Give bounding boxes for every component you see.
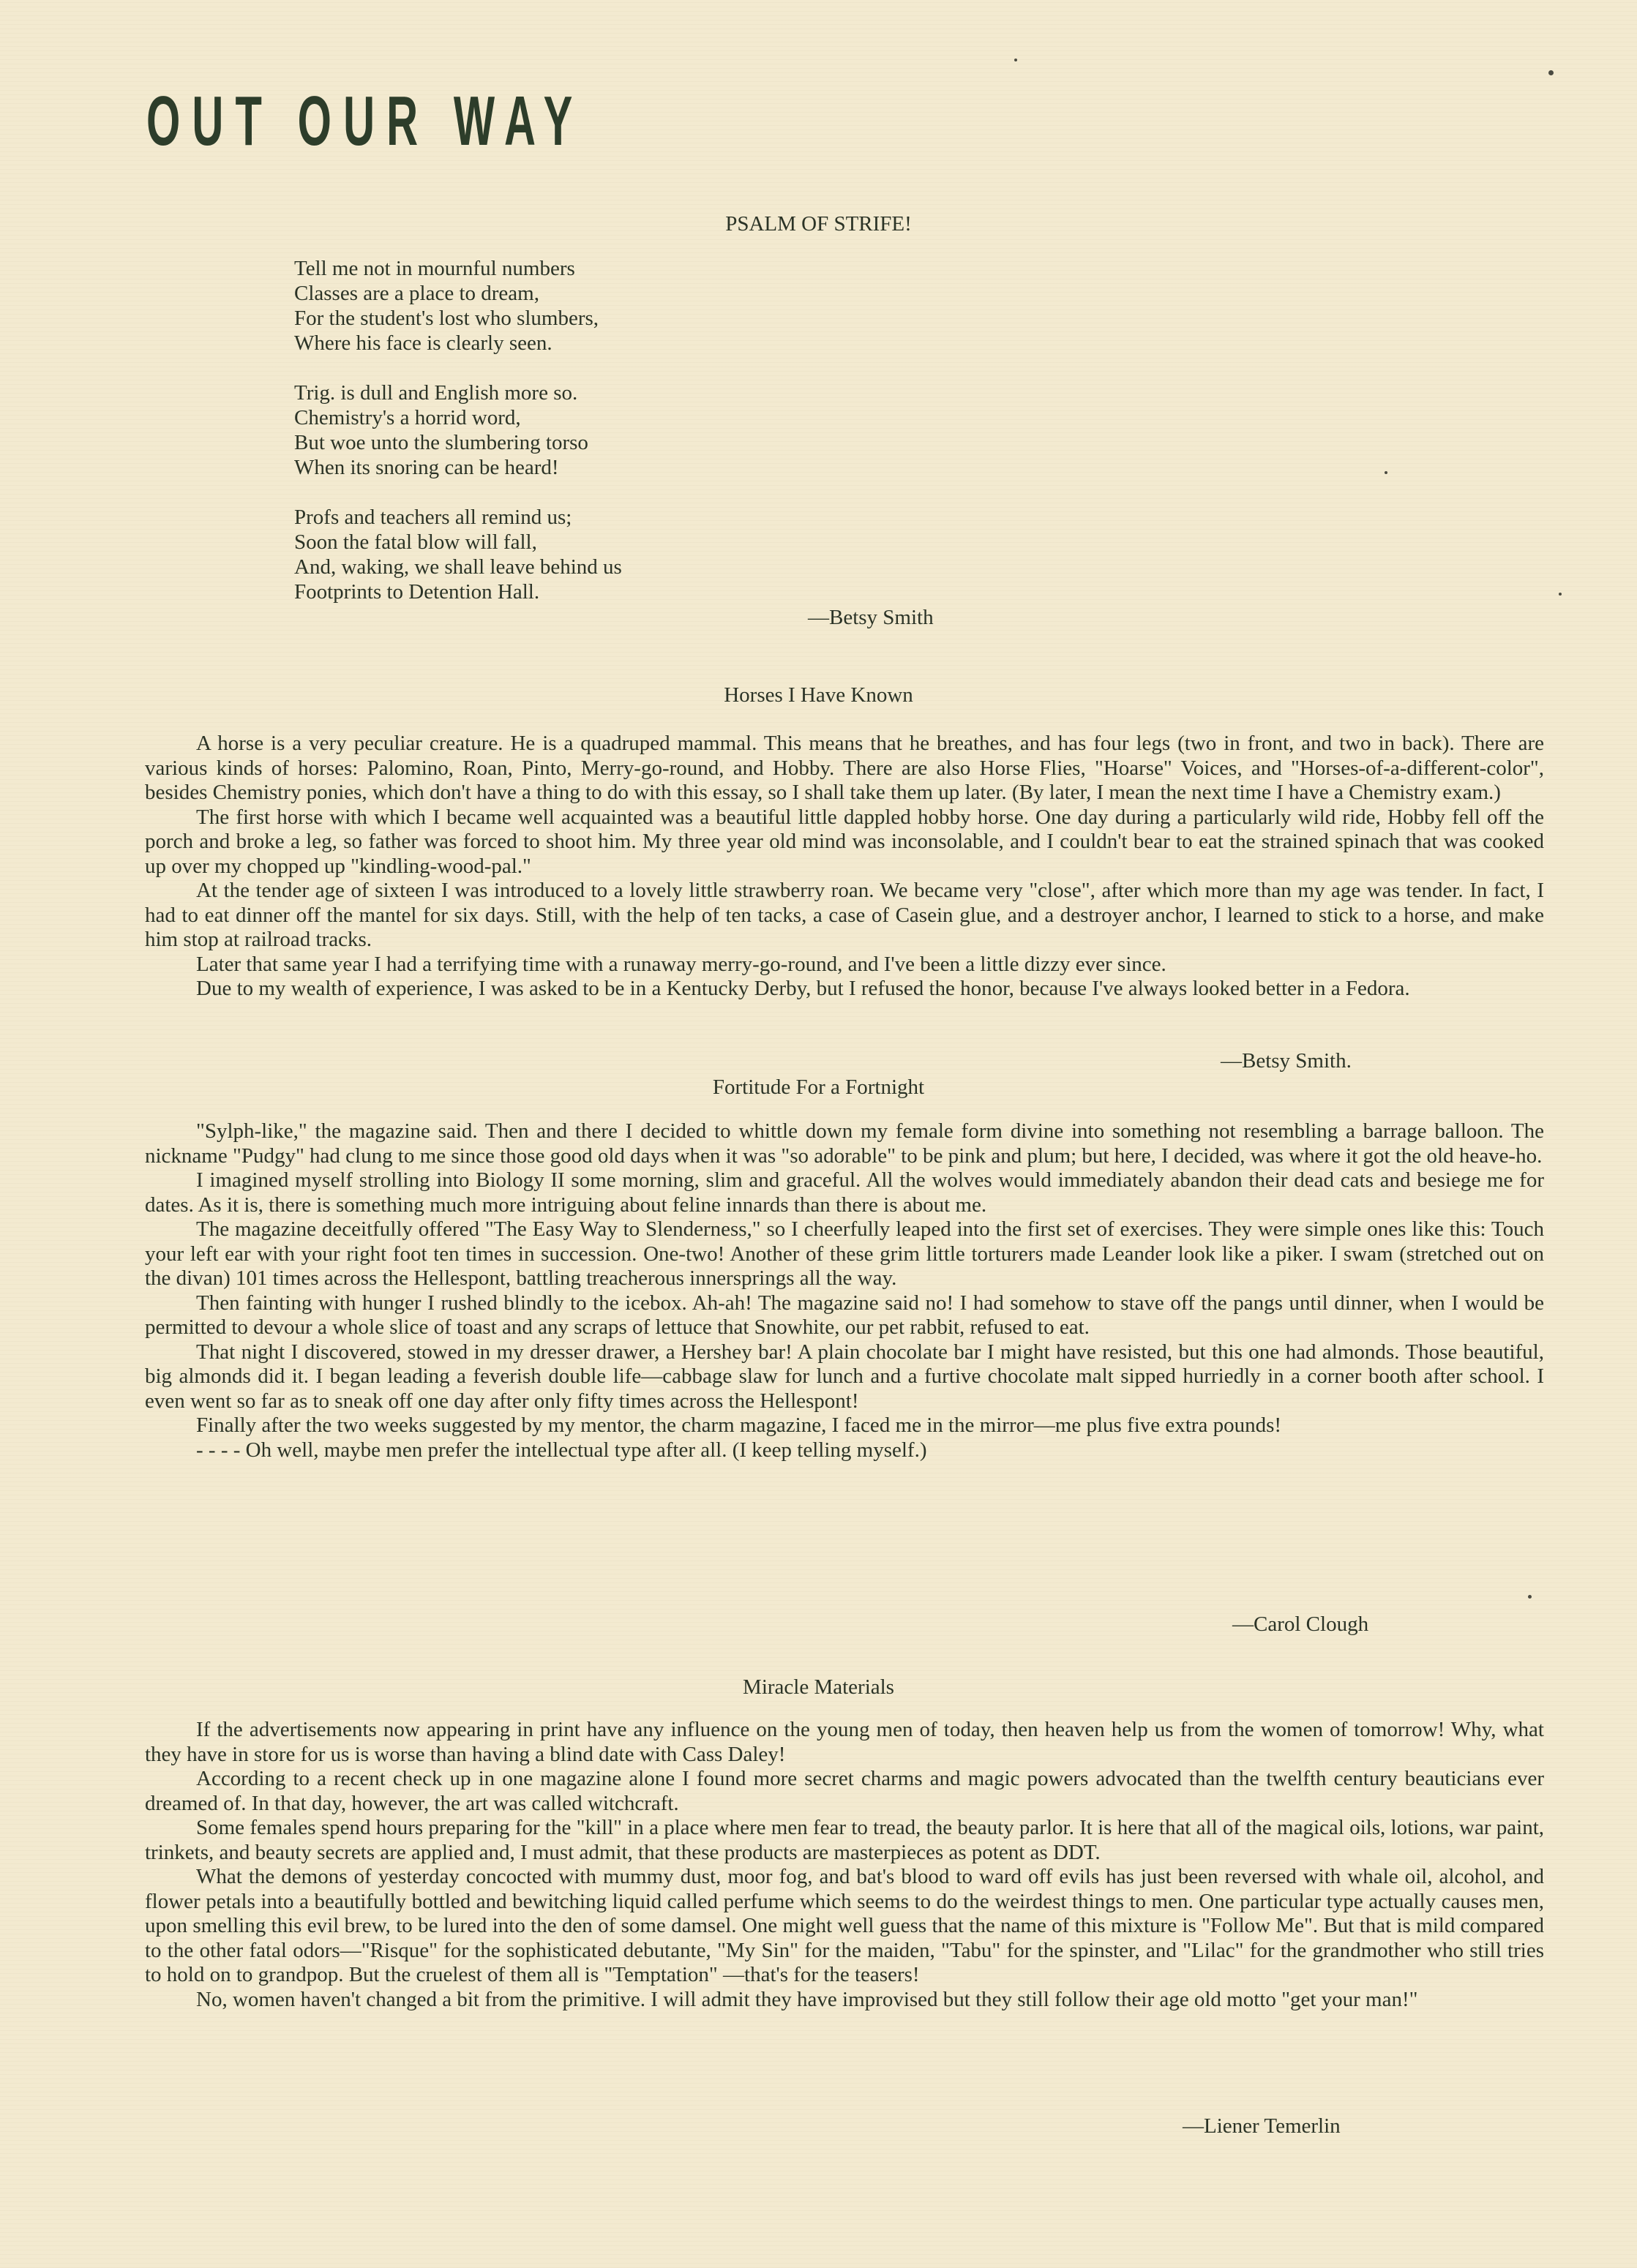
fortitude-title: Fortitude For a Fortnight xyxy=(0,1075,1637,1100)
paragraph: What the demons of yesterday concocted w… xyxy=(145,1865,1544,1988)
fortitude-byline: —Carol Clough xyxy=(1232,1612,1368,1637)
paragraph: According to a recent check up in one ma… xyxy=(145,1767,1544,1816)
paragraph: Later that same year I had a terrifying … xyxy=(145,953,1544,977)
paragraph: At the tender age of sixteen I was intro… xyxy=(145,879,1544,953)
page-title: OUT OUR WAY xyxy=(146,86,584,157)
paragraph: Some females spend hours preparing for t… xyxy=(145,1816,1544,1865)
poem-line: Tell me not in mournful numbers xyxy=(294,256,622,281)
fortitude-body: "Sylph-like," the magazine said. Then an… xyxy=(145,1119,1544,1462)
miracle-body: If the advertisements now appearing in p… xyxy=(145,1718,1544,2012)
poem-line: Soon the fatal blow will fall, xyxy=(294,530,622,555)
psalm-byline: —Betsy Smith xyxy=(808,606,934,630)
paper-speck xyxy=(1559,593,1562,596)
poem-line: Where his face is clearly seen. xyxy=(294,331,622,356)
horses-title: Horses I Have Known xyxy=(0,683,1637,707)
paragraph: A horse is a very peculiar creature. He … xyxy=(145,732,1544,806)
paragraph: If the advertisements now appearing in p… xyxy=(145,1718,1544,1767)
psalm-poem: Tell me not in mournful numbers Classes … xyxy=(294,256,622,629)
poem-line: When its snoring can be heard! xyxy=(294,455,622,480)
paragraph: I imagined myself strolling into Biology… xyxy=(145,1168,1544,1217)
paper-speck xyxy=(1014,59,1017,61)
paragraph: Finally after the two weeks suggested by… xyxy=(145,1413,1544,1438)
paragraph: That night I discovered, stowed in my dr… xyxy=(145,1340,1544,1414)
poem-line: And, waking, we shall leave behind us xyxy=(294,555,622,579)
poem-line: Chemistry's a horrid word, xyxy=(294,405,622,430)
poem-line: Trig. is dull and English more so. xyxy=(294,380,622,405)
paragraph: Due to my wealth of experience, I was as… xyxy=(145,977,1544,1002)
miracle-byline: —Liener Temerlin xyxy=(1183,2114,1341,2139)
horses-byline: —Betsy Smith. xyxy=(1221,1049,1352,1073)
paragraph: The first horse with which I became well… xyxy=(145,806,1544,879)
poem-line: Profs and teachers all remind us; xyxy=(294,505,622,530)
paragraph: "Sylph-like," the magazine said. Then an… xyxy=(145,1119,1544,1168)
paper-speck xyxy=(1385,471,1387,474)
paragraph: The magazine deceitfully offered "The Ea… xyxy=(145,1217,1544,1291)
poem-stanza: Profs and teachers all remind us; Soon t… xyxy=(294,505,622,604)
poem-line: But woe unto the slumbering torso xyxy=(294,430,622,455)
poem-line: Classes are a place to dream, xyxy=(294,281,622,306)
poem-stanza: Tell me not in mournful numbers Classes … xyxy=(294,256,622,356)
psalm-title: PSALM OF STRIFE! xyxy=(0,212,1637,236)
paragraph: No, women haven't changed a bit from the… xyxy=(145,1988,1544,2013)
paper-speck xyxy=(1528,1595,1532,1599)
horses-body: A horse is a very peculiar creature. He … xyxy=(145,732,1544,1002)
miracle-title: Miracle Materials xyxy=(0,1675,1637,1700)
poem-stanza: Trig. is dull and English more so. Chemi… xyxy=(294,380,622,480)
paper-speck xyxy=(1548,70,1554,75)
poem-line: Footprints to Detention Hall. xyxy=(294,579,622,604)
paragraph: Then fainting with hunger I rushed blind… xyxy=(145,1291,1544,1340)
paragraph: - - - - Oh well, maybe men prefer the in… xyxy=(145,1438,1544,1463)
poem-line: For the student's lost who slumbers, xyxy=(294,306,622,331)
